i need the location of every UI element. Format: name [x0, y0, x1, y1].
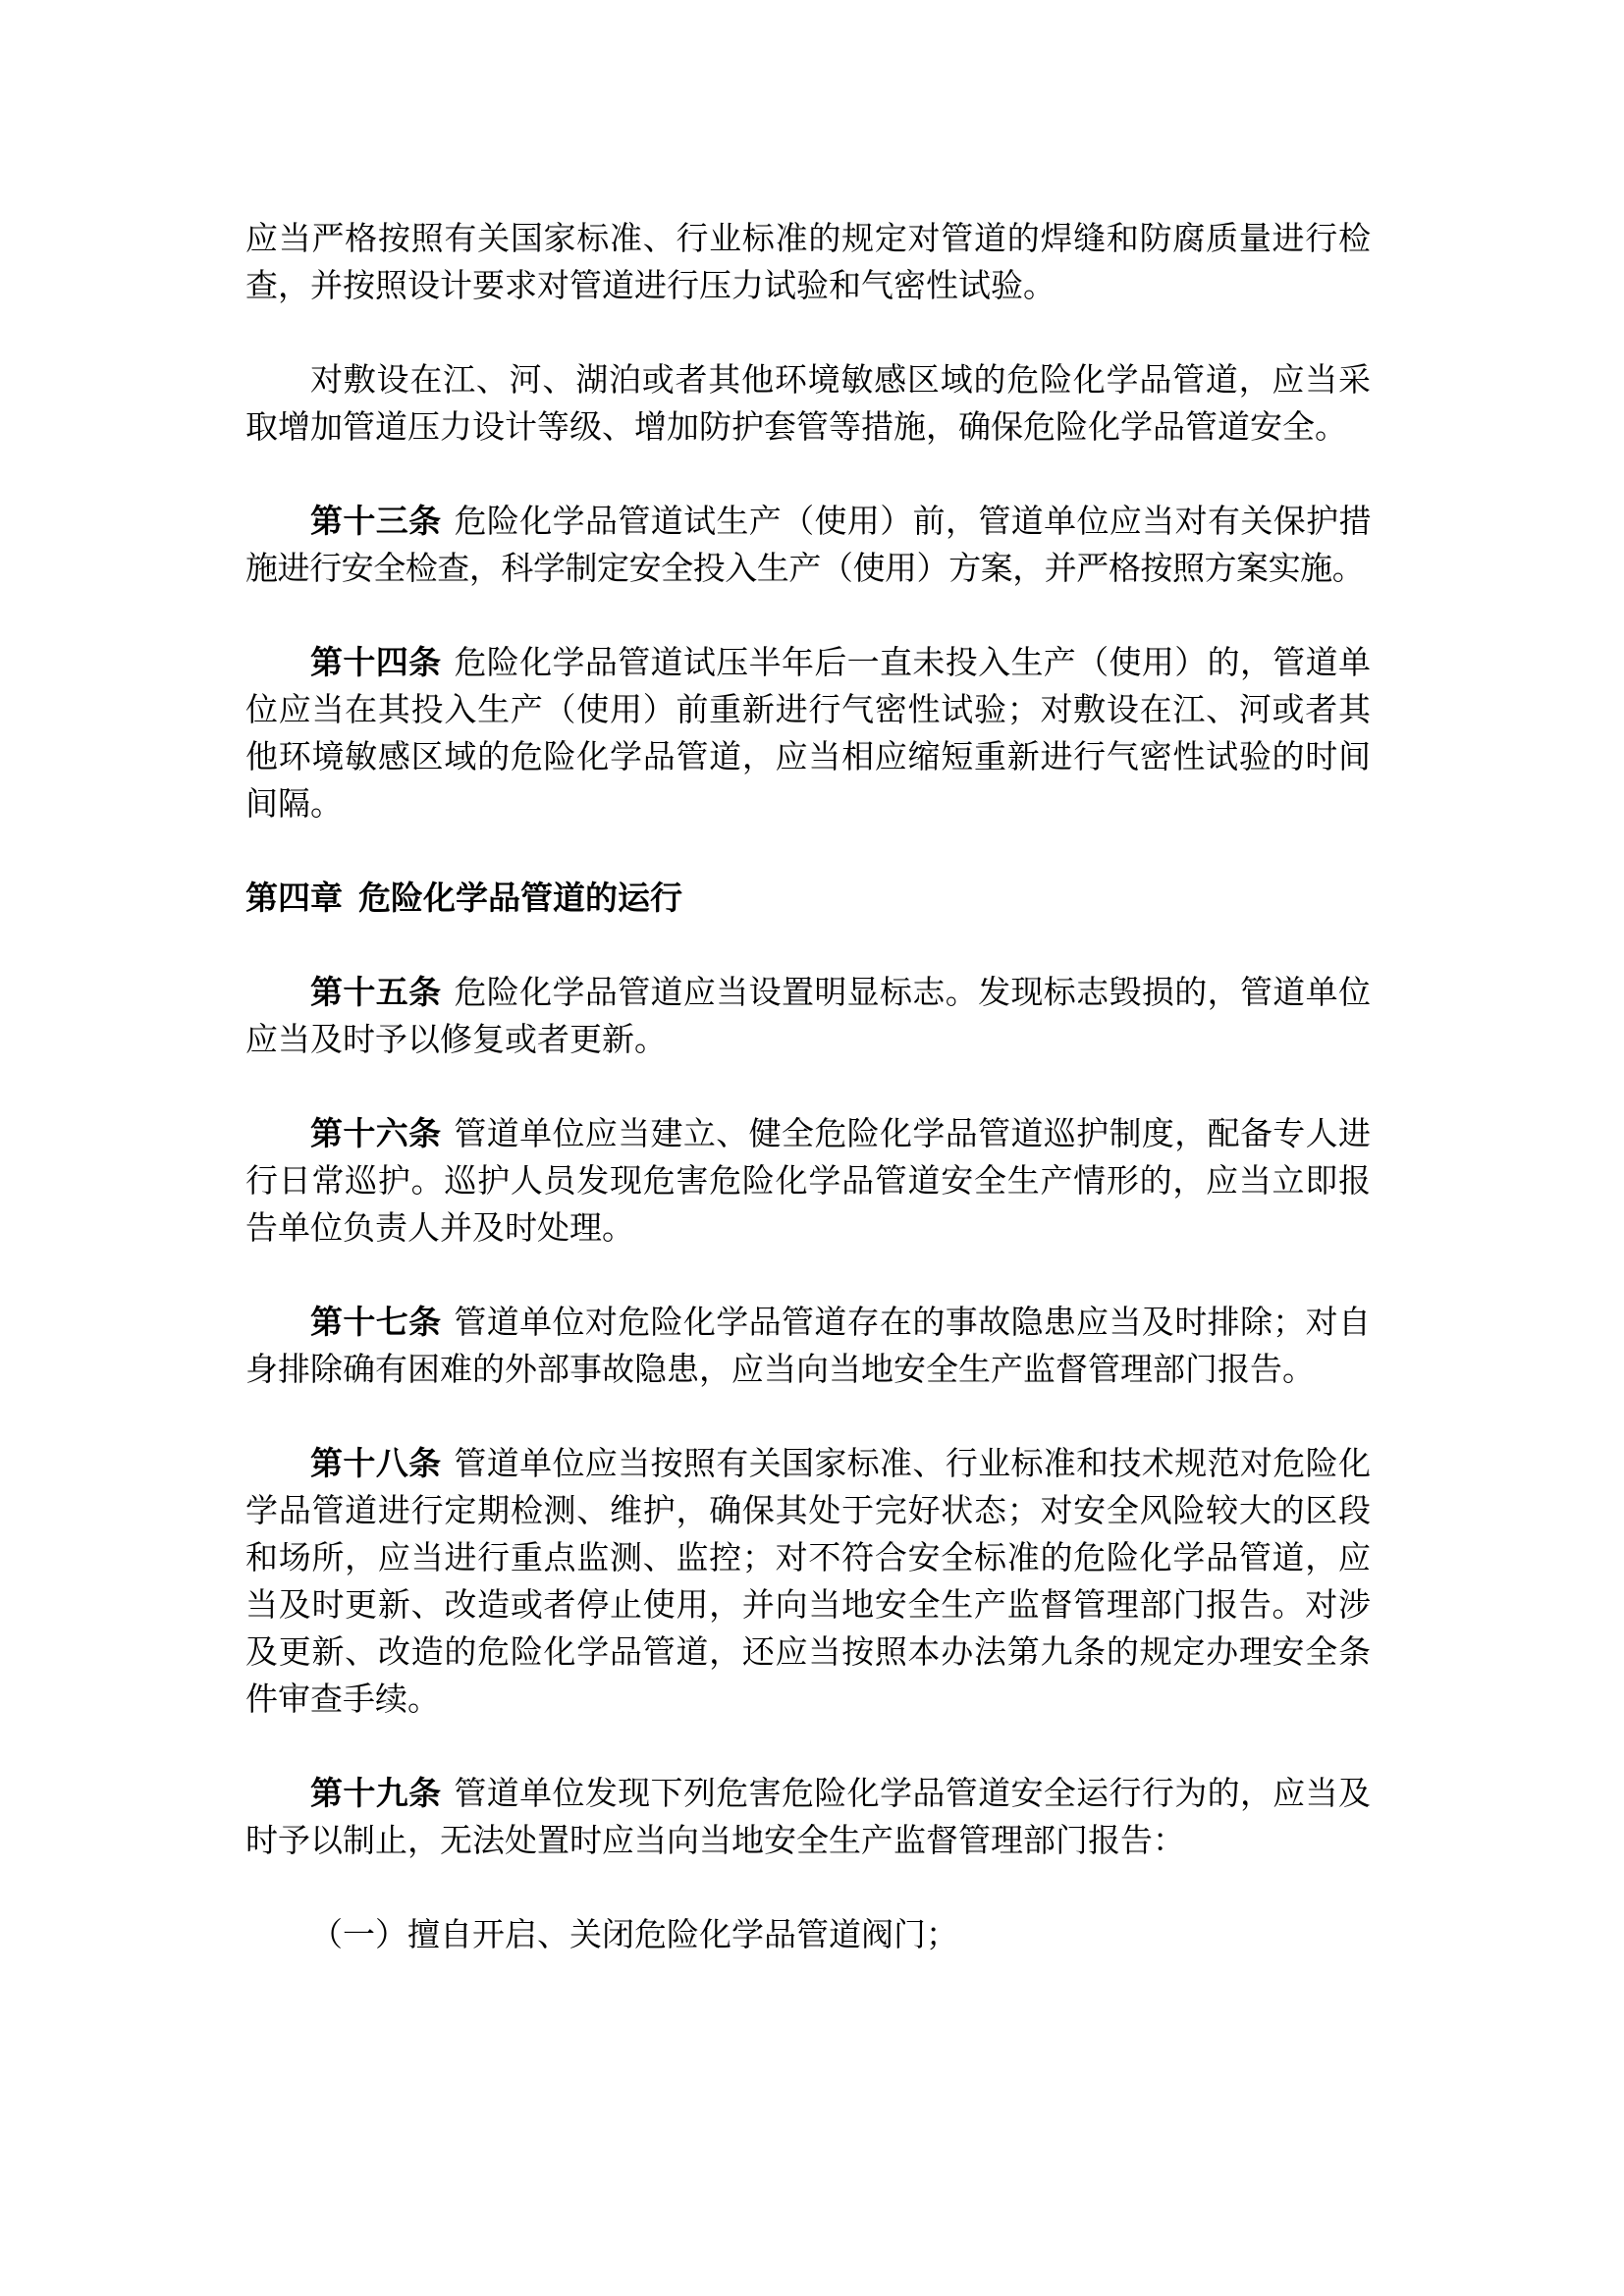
chapter-title: 危险化学品管道的运行 [358, 881, 682, 917]
paragraph-article-19: 第十九条管道单位发现下列危害危险化学品管道安全运行行为的，应当及时予以制止，无法… [245, 1771, 1371, 1865]
paragraph-article-15: 第十五条危险化学品管道应当设置明显标志。发现标志毁损的，管道单位应当及时予以修复… [245, 970, 1371, 1064]
article-18-number: 第十八条 [310, 1447, 441, 1482]
article-15-number: 第十五条 [310, 976, 441, 1011]
article-18-text: 管道单位应当按照有关国家标准、行业标准和技术规范对危险化学品管道进行定期检测、维… [245, 1447, 1371, 1718]
article-19-number: 第十九条 [310, 1777, 441, 1812]
paragraph-environment-sensitive: 对敷设在江、河、湖泊或者其他环境敏感区域的危险化学品管道，应当采取增加管道压力设… [245, 357, 1371, 452]
chapter-number: 第四章 [245, 881, 343, 917]
document-page: 应当严格按照有关国家标准、行业标准的规定对管道的焊缝和防腐质量进行检查，并按照设… [0, 0, 1624, 2296]
article-13-number: 第十三条 [310, 505, 441, 540]
document-content: 应当严格按照有关国家标准、行业标准的规定对管道的焊缝和防腐质量进行检查，并按照设… [245, 216, 1371, 2006]
paragraph-article-17: 第十七条管道单位对危险化学品管道存在的事故隐患应当及时排除；对自身排除确有困难的… [245, 1300, 1371, 1394]
paragraph-continuation: 应当严格按照有关国家标准、行业标准的规定对管道的焊缝和防腐质量进行检查，并按照设… [245, 216, 1371, 310]
paragraph-article-16: 第十六条管道单位应当建立、健全危险化学品管道巡护制度，配备专人进行日常巡护。巡护… [245, 1111, 1371, 1253]
paragraph-list-item-1: （一）擅自开启、关闭危险化学品管道阀门； [245, 1912, 1371, 1959]
chapter-heading: 第四章危险化学品管道的运行 [245, 876, 1371, 923]
paragraph-article-13: 第十三条危险化学品管道试生产（使用）前，管道单位应当对有关保护措施进行安全检查，… [245, 499, 1371, 593]
paragraph-article-18: 第十八条管道单位应当按照有关国家标准、行业标准和技术规范对危险化学品管道进行定期… [245, 1441, 1371, 1724]
article-16-number: 第十六条 [310, 1117, 441, 1152]
article-17-number: 第十七条 [310, 1306, 441, 1341]
paragraph-article-14: 第十四条危险化学品管道试压半年后一直未投入生产（使用）的，管道单位应当在其投入生… [245, 640, 1371, 828]
article-14-number: 第十四条 [310, 646, 441, 681]
